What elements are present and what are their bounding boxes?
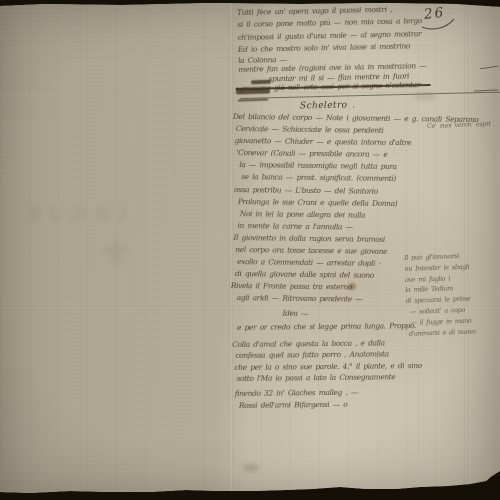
section-heading: Scheletro . <box>300 101 356 112</box>
paper-page: BVRNI ⚜ 26 Tutti fece un' opera vago il … <box>0 0 500 500</box>
bottom-text-block: e per or credo che si legge prima lunga.… <box>232 320 422 411</box>
paper-watermark-text: BVRNI <box>26 203 216 227</box>
scribble-mark <box>251 80 271 84</box>
manuscript-line: Rossi dell'armi Bifargensi — o <box>239 398 422 412</box>
paper-watermark-emblem: ⚜ <box>98 232 134 278</box>
manuscript-scan: BVRNI ⚜ 26 Tutti fece un' opera vago il … <box>0 0 500 500</box>
manuscript-line: e per or credo che si legge prima lunga.… <box>237 320 421 334</box>
scribble-mark <box>236 89 270 94</box>
manuscript-line: sotto l'Ma io passi a lato la Consegname… <box>237 371 422 385</box>
